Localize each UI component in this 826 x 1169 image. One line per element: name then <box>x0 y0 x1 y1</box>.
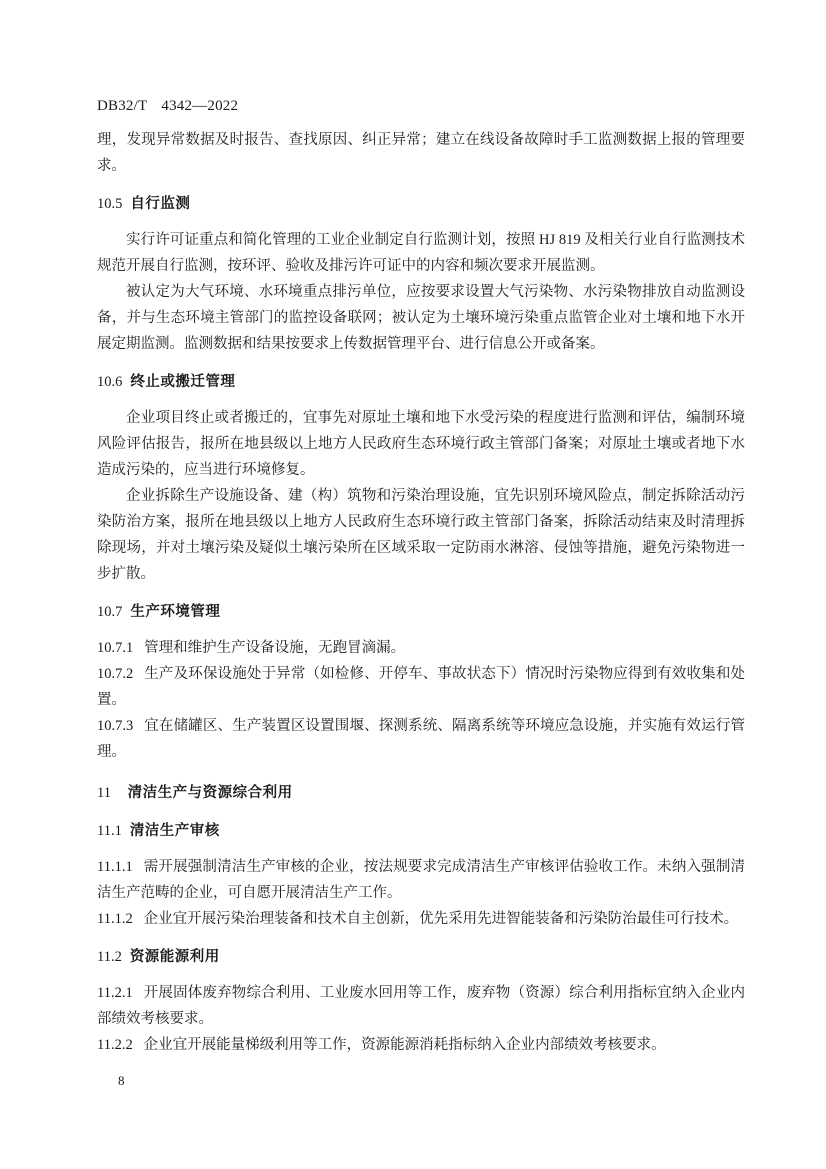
document-page: DB32/T4342—2022 理，发现异常数据及时报告、查找原因、纠正异常；建… <box>0 0 826 1169</box>
heading-title: 资源能源利用 <box>130 949 220 965</box>
clause-10-7-2: 10.7.2生产及环保设施处于异常（如检修、开停车、事故状态下）情况时污染物应得… <box>97 661 745 713</box>
paragraph: 企业拆除生产设施设备、建（构）筑物和污染治理设施，宜先识别环境风险点，制定拆除活… <box>97 483 745 587</box>
chapter-heading-11: 11清洁生产与资源综合利用 <box>97 780 745 806</box>
running-header: DB32/T4342—2022 <box>97 96 745 116</box>
document-body: 理，发现异常数据及时报告、查找原因、纠正异常；建立在线设备故障时手工监测数据上报… <box>97 127 745 1058</box>
clause-text: 开展固体废弃物综合利用、工业废水回用等工作，废弃物（资源）综合利用指标宜纳入企业… <box>97 985 745 1027</box>
heading-title: 终止或搬迁管理 <box>130 374 235 390</box>
heading-number: 10.5 <box>97 196 122 212</box>
heading-title: 清洁生产审核 <box>130 823 220 839</box>
clause-11-1-2: 11.1.2企业宜开展污染治理装备和技术自主创新，优先采用先进智能装备和污染防治… <box>97 906 745 932</box>
clause-text: 生产及环保设施处于异常（如检修、开停车、事故状态下）情况时污染物应得到有效收集和… <box>97 666 745 708</box>
clause-11-1-1: 11.1.1需开展强制清洁生产审核的企业，按法规要求完成清洁生产审核评估验收工作… <box>97 854 745 906</box>
section-heading-11-2: 11.2资源能源利用 <box>97 944 745 970</box>
paragraph: 实行许可证重点和简化管理的工业企业制定自行监测计划，按照 HJ 819 及相关行… <box>97 227 745 279</box>
page-number: 8 <box>118 1073 125 1088</box>
clause-number: 10.7.3 <box>97 718 133 734</box>
clause-number: 11.2.1 <box>97 985 133 1001</box>
section-heading-11-1: 11.1清洁生产审核 <box>97 818 745 844</box>
heading-title: 清洁生产与资源综合利用 <box>128 785 293 801</box>
clause-11-2-2: 11.2.2企业宜开展能量梯级利用等工作，资源能源消耗指标纳入企业内部绩效考核要… <box>97 1032 745 1058</box>
page-footer: 8 <box>97 1068 745 1094</box>
clause-text: 需开展强制清洁生产审核的企业，按法规要求完成清洁生产审核评估验收工作。未纳入强制… <box>97 859 745 901</box>
heading-number: 11.1 <box>97 823 122 839</box>
paragraph: 企业项目终止或者搬迁的，宜事先对原址土壤和地下水受污染的程度进行监测和评估，编制… <box>97 405 745 483</box>
clause-number: 11.1.2 <box>97 911 133 927</box>
clause-number: 10.7.2 <box>97 666 133 682</box>
clause-text: 宜在储罐区、生产装置区设置围堰、探测系统、隔离系统等环境应急设施，并实施有效运行… <box>97 718 745 760</box>
heading-title: 自行监测 <box>130 196 190 212</box>
heading-number: 11.2 <box>97 949 122 965</box>
heading-number: 10.6 <box>97 374 122 390</box>
heading-number: 11 <box>97 785 111 801</box>
clause-number: 11.1.1 <box>97 859 133 875</box>
clause-number: 11.2.2 <box>97 1037 133 1053</box>
section-heading-10-7: 10.7生产环境管理 <box>97 599 745 625</box>
standard-code: DB32/T <box>97 98 147 114</box>
section-heading-10-6: 10.6终止或搬迁管理 <box>97 369 745 395</box>
paragraph: 被认定为大气环境、水环境重点排污单位，应按要求设置大气污染物、水污染物排放自动监… <box>97 279 745 357</box>
heading-number: 10.7 <box>97 604 122 620</box>
clause-text: 管理和维护生产设备设施，无跑冒滴漏。 <box>144 640 405 656</box>
clause-10-7-1: 10.7.1管理和维护生产设备设施，无跑冒滴漏。 <box>97 635 745 661</box>
paragraph-continuation: 理，发现异常数据及时报告、查找原因、纠正异常；建立在线设备故障时手工监测数据上报… <box>97 127 745 179</box>
clause-10-7-3: 10.7.3宜在储罐区、生产装置区设置围堰、探测系统、隔离系统等环境应急设施，并… <box>97 713 745 765</box>
clause-number: 10.7.1 <box>97 640 133 656</box>
clause-11-2-1: 11.2.1开展固体废弃物综合利用、工业废水回用等工作，废弃物（资源）综合利用指… <box>97 980 745 1032</box>
heading-title: 生产环境管理 <box>130 604 220 620</box>
section-heading-10-5: 10.5自行监测 <box>97 191 745 217</box>
clause-text: 企业宜开展能量梯级利用等工作，资源能源消耗指标纳入企业内部绩效考核要求。 <box>144 1037 666 1053</box>
standard-number: 4342—2022 <box>161 98 238 114</box>
clause-text: 企业宜开展污染治理装备和技术自主创新，优先采用先进智能装备和污染防治最佳可行技术… <box>144 911 739 927</box>
